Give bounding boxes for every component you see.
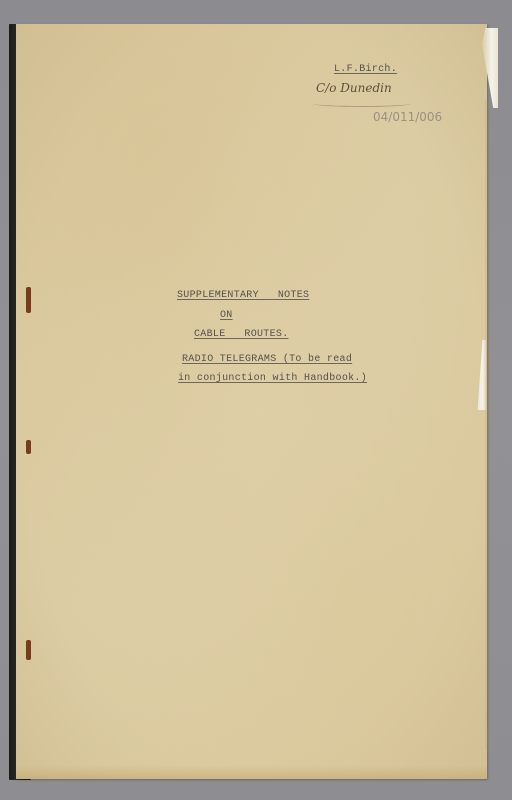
booklet-cover: [16, 24, 487, 779]
owner-name: L.F.Birch.: [334, 64, 397, 75]
catalog-number: 04/011/006: [373, 110, 442, 124]
cover-fold: [484, 100, 490, 750]
title-line-1: SUPPLEMENTARY NOTES: [177, 290, 309, 301]
title-line-2: ON: [220, 310, 233, 321]
wavy-underline: [312, 100, 412, 107]
rust-mark: [26, 287, 31, 313]
water-stain: [16, 765, 487, 779]
rust-mark: [26, 640, 31, 660]
subtitle-line-1: RADIO TELEGRAMS (To be read: [182, 354, 352, 365]
handwritten-note: C/o Dunedin: [316, 81, 392, 95]
subtitle-line-2: in conjunction with Handbook.): [178, 373, 367, 384]
rust-mark: [26, 440, 31, 454]
title-line-3: CABLE ROUTES.: [194, 329, 289, 340]
